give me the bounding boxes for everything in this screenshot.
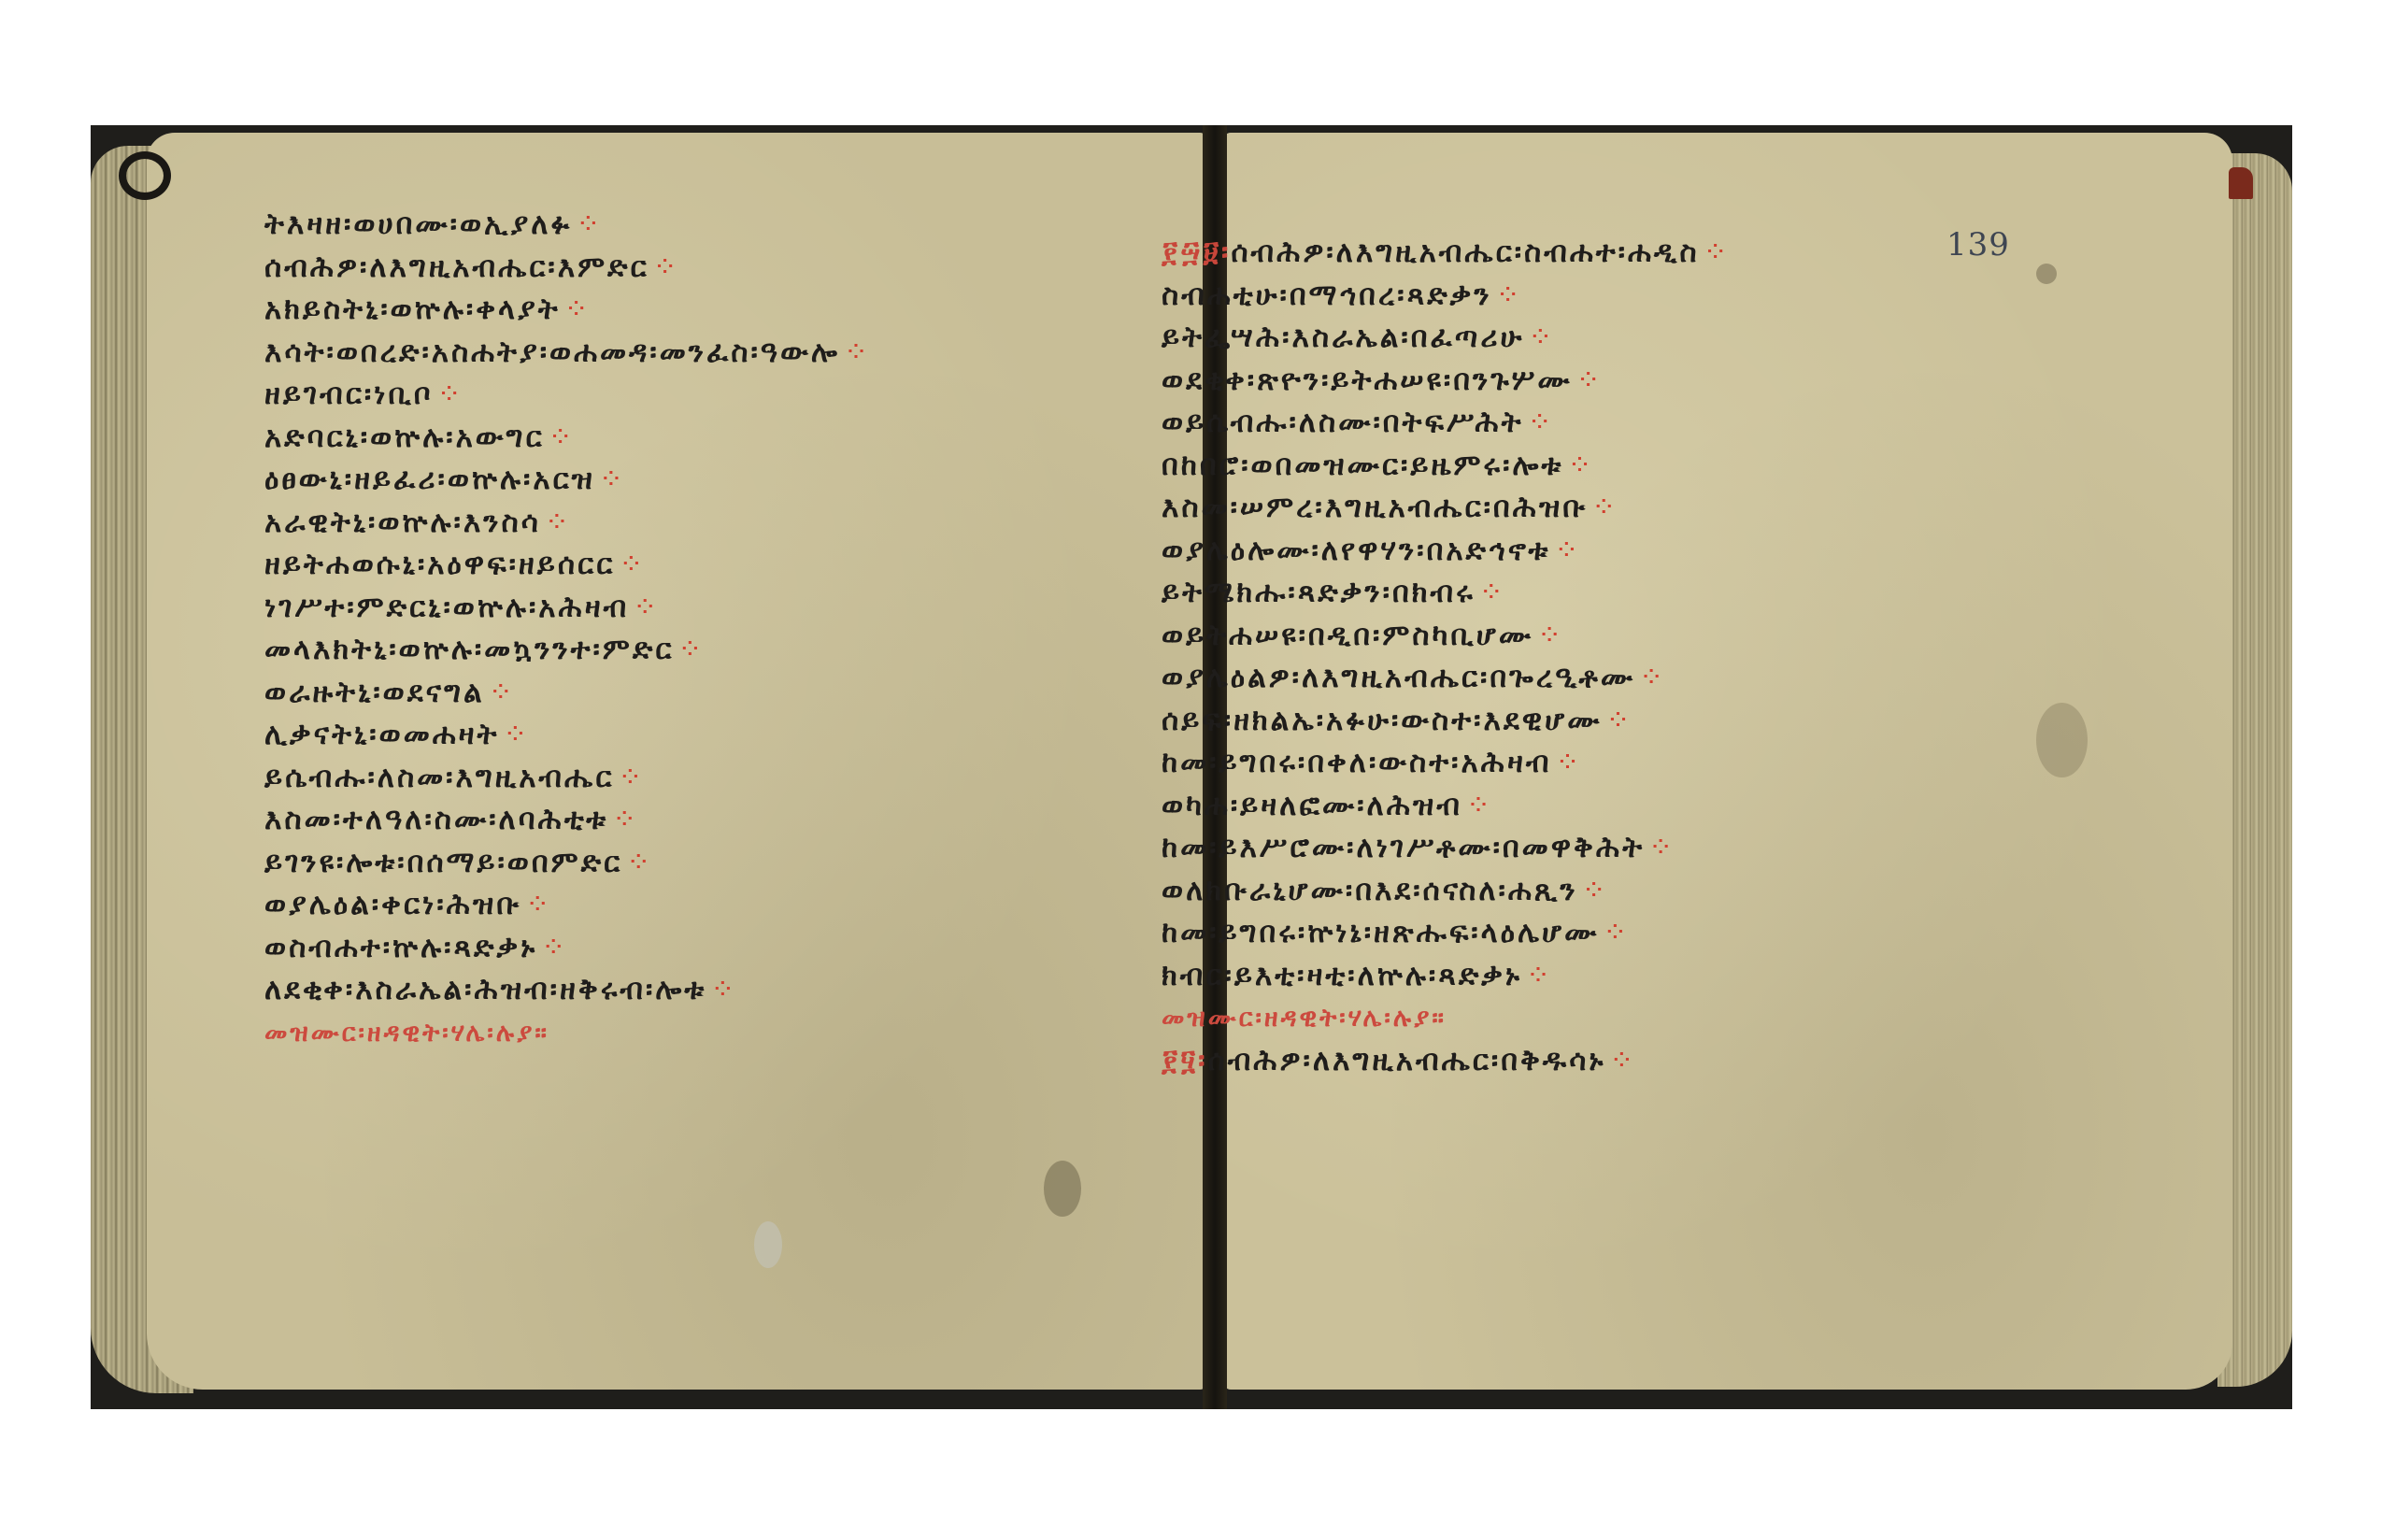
verse-divider-icon: ⁘ (437, 378, 464, 411)
verse-divider-icon: ⁘ (844, 335, 871, 369)
verse-divider-icon: ⁘ (1605, 704, 1632, 737)
text-line: ወደቂቀ፡ጽዮን፡ይትሐሠዩ፡በንጉሦሙ⁘ (1162, 360, 1731, 403)
line-text: ትእዛዘ፡ወሀበሙ፡ወኢያለፉ (264, 207, 572, 241)
line-text: ዕፀውኒ፡ዘይፈሪ፡ወኵሉ፡አርዝ (264, 463, 595, 496)
line-text: ነገሥተ፡ምድርኒ፡ወኵሉ፡አሕዛብ (264, 591, 629, 624)
psalm-number: ፻፶፡ (1162, 1044, 1208, 1077)
verse-divider-icon: ⁘ (1555, 746, 1582, 779)
verse-divider-icon: ⁘ (633, 591, 660, 624)
text-line: ትእዛዘ፡ወሀበሙ፡ወኢያለፉ⁘ (264, 204, 871, 247)
line-text: ክብር፡ይእቲ፡ዛቲ፡ለኵሉ፡ጻድቃኑ (1162, 959, 1522, 992)
right-page-text: ፻፵፱፡ሰብሕዎ፡ለእግዚአብሔር፡ስብሐተ፡ሐዲስ⁘ ስብሐቲሁ፡በማኅበረ፡… (1162, 232, 1731, 1082)
left-page-text: ትእዛዘ፡ወሀበሙ፡ወኢያለፉ⁘ ሰብሕዎ፡ለእግዚአብሔር፡እምድር⁘ አክይ… (264, 204, 871, 1054)
text-line: እሳት፡ወበረድ፡አስሐትያ፡ወሐመዳ፡መንፈስ፡ዓውሎ⁘ (264, 332, 871, 375)
text-line: ወይትሐሠዩ፡በዲበ፡ምስካቢሆሙ⁘ (1162, 615, 1731, 658)
line-text: ከመ፡ይእሥሮሙ፡ለነገሥቶሙ፡በመዋቅሕት (1162, 831, 1645, 864)
line-text: ይትፌሣሕ፡እስራኤል፡በፈጣሪሁ (1162, 321, 1524, 354)
text-line: ዕፀውኒ፡ዘይፈሪ፡ወኵሉ፡አርዝ⁘ (264, 459, 871, 502)
line-text: ስብሐቲሁ፡በማኅበረ፡ጻድቃን (1162, 278, 1492, 312)
line-text: ወደቂቀ፡ጽዮን፡ይትሐሠዩ፡በንጉሦሙ (1162, 364, 1573, 397)
text-line: ይትሜክሑ፡ጻድቃን፡በክብሩ⁘ (1162, 572, 1731, 615)
verse-divider-icon: ⁘ (1528, 406, 1555, 439)
line-text: ለደቂቀ፡እስራኤል፡ሕዝብ፡ዘቅሩብ፡ሎቱ (264, 973, 706, 1006)
verse-divider-icon: ⁘ (599, 463, 626, 496)
line-text: መላእክትኒ፡ወኵሉ፡መኳንንተ፡ምድር (264, 633, 674, 666)
verse-divider-icon: ⁘ (549, 421, 576, 454)
verse-divider-icon: ⁘ (677, 633, 705, 666)
line-text: ይትሜክሑ፡ጻድቃን፡በክብሩ (1162, 576, 1476, 609)
stain (1044, 1161, 1081, 1217)
verse-divider-icon: ⁘ (503, 718, 530, 751)
text-line: ሊቃናትኒ፡ወመሐዛት⁘ (264, 714, 871, 757)
line-text: ሰብሕዎ፡ለእግዚአብሔር፡ስብሐተ፡ሐዲስ (1231, 235, 1699, 269)
verse-divider-icon: ⁘ (1639, 661, 1666, 694)
verse-divider-icon: ⁘ (525, 888, 552, 921)
line-text: ወራዙትኒ፡ወደናግል (264, 676, 485, 709)
text-line: አድባርኒ፡ወኵሉ፡አውግር⁘ (264, 417, 871, 460)
text-line: ዘይገብር፡ነቢቦ⁘ (264, 374, 871, 417)
line-text: ከመ፡ይግበሩ፡ኵነኔ፡ዘጽሑፍ፡ላዕሌሆሙ (1162, 916, 1599, 949)
verse-divider-icon: ⁘ (626, 846, 653, 879)
text-line: ፻፶፡ሰብሕዎ፡ለእግዚአብሔር፡በቅዱሳኑ⁘ (1162, 1040, 1731, 1083)
verse-divider-icon: ⁘ (1479, 576, 1506, 609)
verse-divider-icon: ⁘ (576, 207, 603, 241)
text-line: ወይሴብሑ፡ለስሙ፡በትፍሥሕት⁘ (1162, 402, 1731, 445)
verse-divider-icon: ⁘ (710, 973, 737, 1006)
verse-divider-icon: ⁘ (653, 250, 680, 284)
text-line: ነገሥተ፡ምድርኒ፡ወኵሉ፡አሕዛብ⁘ (264, 587, 871, 630)
verse-divider-icon: ⁘ (1609, 1044, 1636, 1077)
text-line: በከበሮ፡ወበመዝሙር፡ይዜምሩ፡ሎቱ⁘ (1162, 445, 1731, 488)
verse-divider-icon: ⁘ (1554, 534, 1581, 567)
verse-divider-icon: ⁘ (1704, 235, 1731, 269)
rubric-heading: መዝሙር፡ዘዳዊት፡ሃሌ፡ሉያ። (1162, 997, 1731, 1040)
verse-divider-icon: ⁘ (1648, 831, 1675, 864)
text-line: ወካሐ፡ይዛለፎሙ፡ለሕዝብ⁘ (1162, 785, 1731, 828)
line-text: አራዊትኒ፡ወኵሉ፡እንስሳ (264, 506, 541, 539)
verse-divider-icon: ⁘ (1466, 789, 1493, 822)
line-text: ከመ፡ይግበሩ፡በቀለ፡ውስተ፡አሕዛብ (1162, 746, 1551, 779)
verse-divider-icon: ⁘ (619, 548, 646, 581)
line-text: ሰብሕዎ፡ለእግዚአብሔር፡እምድር (264, 250, 649, 284)
verse-divider-icon: ⁘ (1496, 278, 1523, 312)
text-line: ይገንዩ፡ሎቱ፡በሰማይ፡ወበምድር⁘ (264, 842, 871, 885)
text-line: እስመ፡ሠምረ፡እግዚአብሔር፡በሕዝቡ⁘ (1162, 487, 1731, 530)
line-text: ወይሴብሑ፡ለስሙ፡በትፍሥሕት (1162, 406, 1524, 439)
line-text: ይሴብሑ፡ለስመ፡እግዚአብሔር (264, 761, 614, 794)
line-text: ወለክቡራኒሆሙ፡በእደ፡ሰናስለ፡ሐጺን (1162, 874, 1578, 907)
rubric-heading: መዝሙር፡ዘዳዊት፡ሃሌ፡ሉያ። (264, 1012, 871, 1055)
line-text: ዘይትሐወሱኒ፡አዕዋፍ፡ዘይሰርር (264, 548, 615, 581)
thread-bookmark-icon (119, 151, 171, 200)
text-line: ይትፌሣሕ፡እስራኤል፡በፈጣሪሁ⁘ (1162, 317, 1731, 360)
text-line: አራዊትኒ፡ወኵሉ፡እንስሳ⁘ (264, 502, 871, 545)
text-line: ወለክቡራኒሆሙ፡በእደ፡ሰናስለ፡ሐጺን⁘ (1162, 870, 1731, 913)
text-line: ወያሌዕልዎ፡ለእግዚአብሔር፡በጐረዒቶሙ⁘ (1162, 657, 1731, 700)
text-line: እስመ፡ተለዓለ፡ስሙ፡ለባሕቲቱ⁘ (264, 799, 871, 842)
stain (2036, 264, 2057, 284)
text-line: ከመ፡ይእሥሮሙ፡ለነገሥቶሙ፡በመዋቅሕት⁘ (1162, 827, 1731, 870)
verse-divider-icon: ⁘ (1537, 619, 1564, 652)
psalm-number: ፻፵፱፡ (1162, 235, 1231, 269)
line-text: እሳት፡ወበረድ፡አስሐትያ፡ወሐመዳ፡መንፈስ፡ዓውሎ (264, 335, 840, 369)
line-text: አድባርኒ፡ወኵሉ፡አውግር (264, 421, 545, 454)
line-text: እስመ፡ሠምረ፡እግዚአብሔር፡በሕዝቡ (1162, 491, 1588, 524)
stain (754, 1221, 782, 1268)
line-text: ይገንዩ፡ሎቱ፡በሰማይ፡ወበምድር (264, 846, 622, 879)
line-text: ወያሌዕልዎ፡ለእግዚአብሔር፡በጐረዒቶሙ (1162, 661, 1635, 694)
line-text: ወካሐ፡ይዛለፎሙ፡ለሕዝብ (1162, 789, 1462, 822)
line-text: ወስብሐተ፡ኵሉ፡ጻድቃኑ (264, 931, 537, 964)
text-line: ለደቂቀ፡እስራኤል፡ሕዝብ፡ዘቅሩብ፡ሎቱ⁘ (264, 969, 871, 1012)
text-line: ክብር፡ይእቲ፡ዛቲ፡ለኵሉ፡ጻድቃኑ⁘ (1162, 955, 1731, 998)
text-line: መላእክትኒ፡ወኵሉ፡መኳንንተ፡ምድር⁘ (264, 629, 871, 672)
text-line: ሰብሕዎ፡ለእግዚአብሔር፡እምድር⁘ (264, 247, 871, 290)
verse-divider-icon: ⁘ (541, 931, 568, 964)
verse-divider-icon: ⁘ (1528, 321, 1555, 354)
verse-divider-icon: ⁘ (545, 506, 572, 539)
verse-divider-icon: ⁘ (1567, 449, 1594, 482)
line-text: እስመ፡ተለዓለ፡ስሙ፡ለባሕቲቱ (264, 803, 608, 836)
text-line: ከመ፡ይግበሩ፡ኵነኔ፡ዘጽሑፍ፡ላዕሌሆሙ⁘ (1162, 912, 1731, 955)
text-line: ወስብሐተ፡ኵሉ፡ጻድቃኑ⁘ (264, 927, 871, 970)
verse-divider-icon: ⁘ (1603, 916, 1630, 949)
folio-number: 139 (1946, 226, 2010, 264)
text-line: አክይስትኒ፡ወኵሉ፡ቀላያት⁘ (264, 289, 871, 332)
verse-divider-icon: ⁘ (1526, 959, 1553, 992)
line-text: ወይትሐሠዩ፡በዲበ፡ምስካቢሆሙ (1162, 619, 1533, 652)
stain (2036, 703, 2088, 777)
text-line: ሰይፍ፡ዘክልኤ፡አፉሁ፡ውስተ፡እደዊሆሙ⁘ (1162, 700, 1731, 743)
red-thread-marker-icon (2229, 167, 2253, 199)
line-text: ዘይገብር፡ነቢቦ (264, 378, 434, 411)
text-line: ስብሐቲሁ፡በማኅበረ፡ጻድቃን⁘ (1162, 275, 1731, 318)
line-text: አክይስትኒ፡ወኵሉ፡ቀላያት (264, 292, 561, 326)
line-text: ወያሌዕሎሙ፡ለየዋሃን፡በአድኅኖቱ (1162, 534, 1550, 567)
line-text: ወያሌዕል፡ቀርነ፡ሕዝቡ (264, 888, 521, 921)
line-text: ሰይፍ፡ዘክልኤ፡አፉሁ፡ውስተ፡እደዊሆሙ (1162, 704, 1602, 737)
verse-divider-icon: ⁘ (618, 761, 645, 794)
verse-divider-icon: ⁘ (1591, 491, 1618, 524)
text-line: ፻፵፱፡ሰብሕዎ፡ለእግዚአብሔር፡ስብሐተ፡ሐዲስ⁘ (1162, 232, 1731, 275)
text-line: ይሴብሑ፡ለስመ፡እግዚአብሔር⁘ (264, 757, 871, 800)
text-line: ከመ፡ይግበሩ፡በቀለ፡ውስተ፡አሕዛብ⁘ (1162, 742, 1731, 785)
verse-divider-icon: ⁘ (1576, 364, 1604, 397)
line-text: ሊቃናትኒ፡ወመሐዛት (264, 718, 499, 751)
text-line: ዘይትሐወሱኒ፡አዕዋፍ፡ዘይሰርር⁘ (264, 544, 871, 587)
line-text: በከበሮ፡ወበመዝሙር፡ይዜምሩ፡ሎቱ (1162, 449, 1563, 482)
text-line: ወራዙትኒ፡ወደናግል⁘ (264, 672, 871, 715)
text-line: ወያሌዕል፡ቀርነ፡ሕዝቡ⁘ (264, 884, 871, 927)
verse-divider-icon: ⁘ (1582, 874, 1609, 907)
verse-divider-icon: ⁘ (612, 803, 639, 836)
line-text: ሰብሕዎ፡ለእግዚአብሔር፡በቅዱሳኑ (1208, 1044, 1606, 1077)
text-line: ወያሌዕሎሙ፡ለየዋሃን፡በአድኅኖቱ⁘ (1162, 530, 1731, 573)
verse-divider-icon: ⁘ (564, 292, 592, 326)
verse-divider-icon: ⁘ (489, 676, 516, 709)
